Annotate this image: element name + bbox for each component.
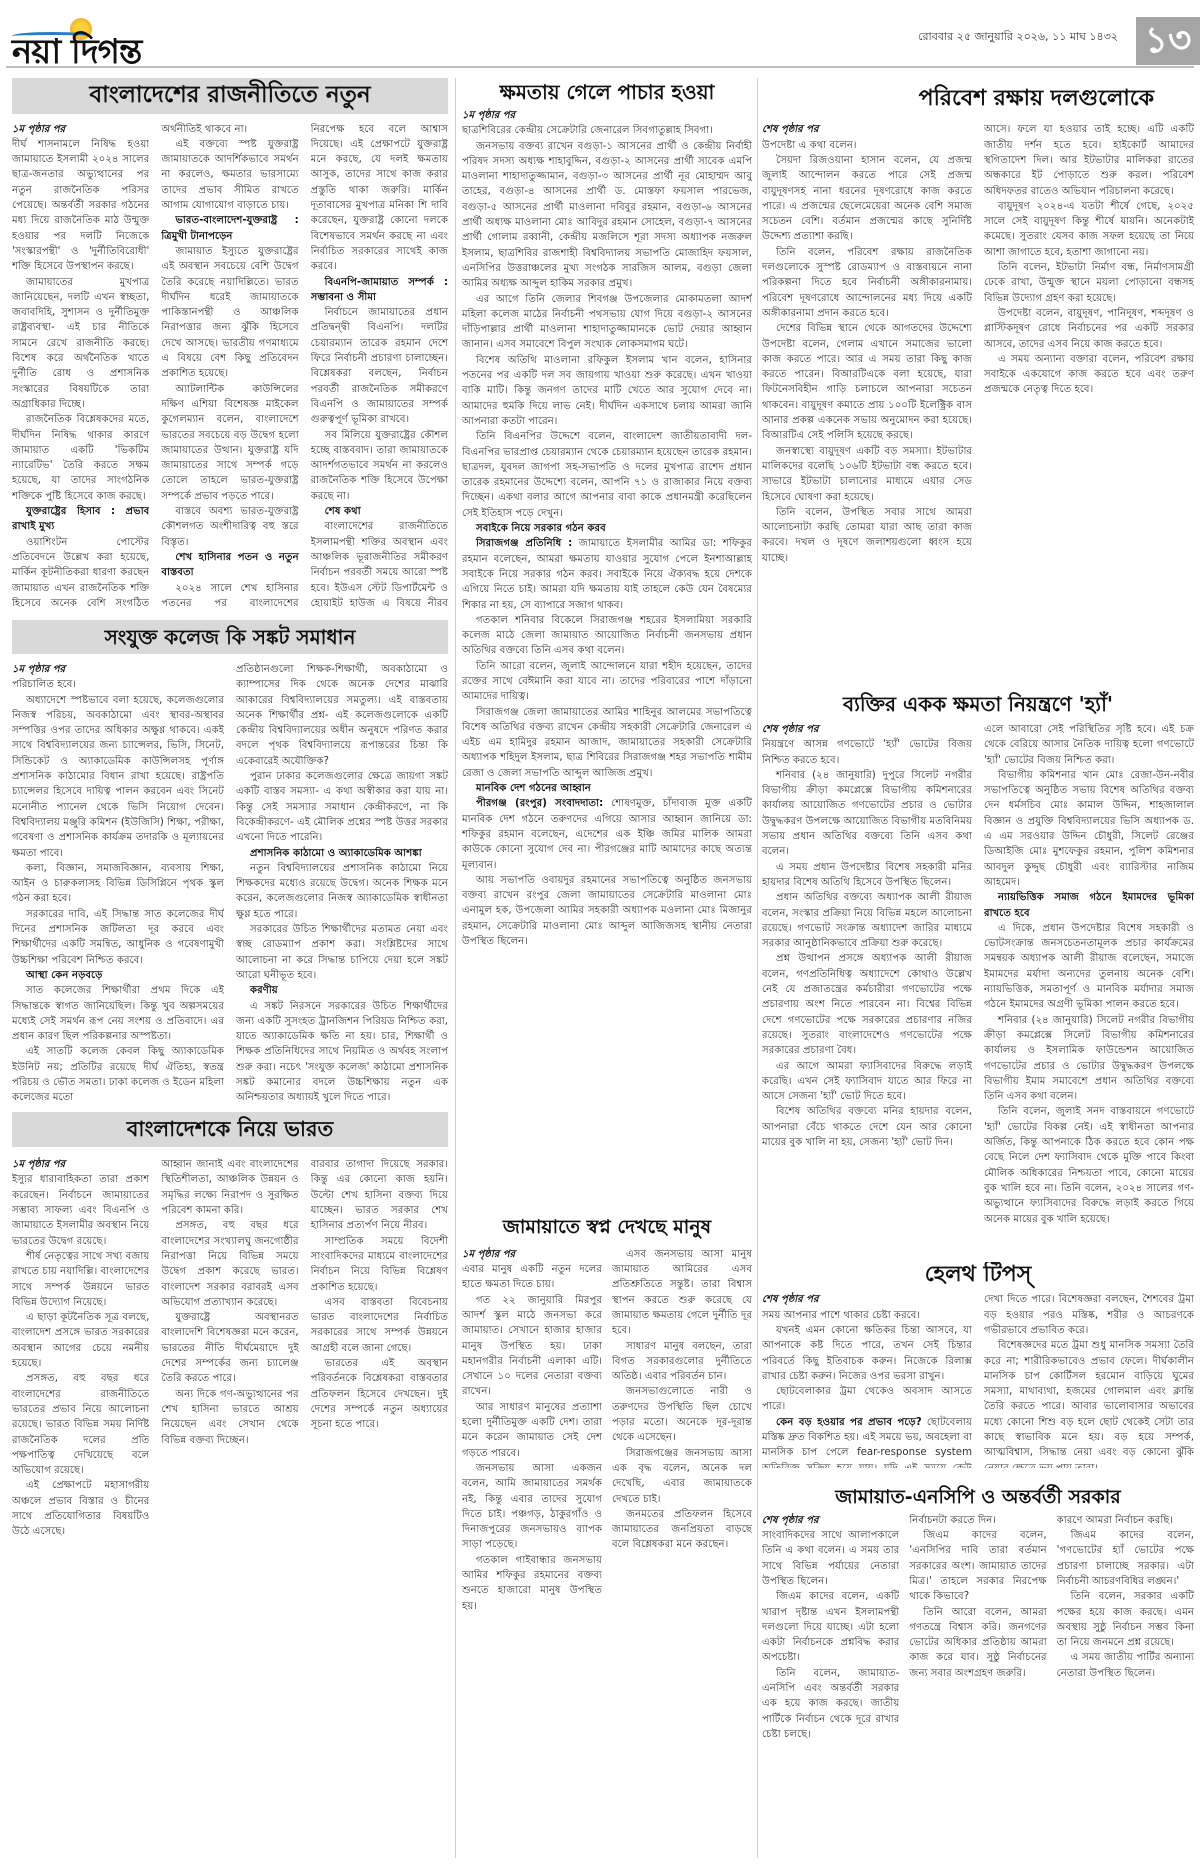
- paragraph: বিশেষজ্ঞদের মতে ট্রমা শুধু মানসিক সমস্যা…: [984, 1338, 1194, 1468]
- paragraph: জনমতের প্রতিফলন হিসেবে জামায়াতের জনপ্রি…: [612, 1507, 752, 1553]
- paragraph: জনসভাগুলোতে নারী ও তরুণদের উপস্থিতি ছিল …: [612, 1384, 752, 1445]
- byline: সিরাজগঞ্জ প্রতিনিধি :: [476, 538, 572, 549]
- paragraph: বিশেষ অতিথি মাওলানা রফিকুল ইসলাম খান বলে…: [462, 353, 752, 429]
- headline[interactable]: জামায়াত-এনসিপি ও অন্তর্বর্তী সরকার: [762, 1484, 1194, 1513]
- paragraph: উপদেষ্টা এ কথা বলেন।: [762, 138, 972, 153]
- headline[interactable]: ক্ষমতায় গেলে পাচার হওয়া: [462, 78, 752, 108]
- paragraph: জামায়াতের মুখপাত্র জানিয়েছেন, দলটি এখন…: [12, 275, 149, 413]
- paragraph: এলে আবারো সেই পরিস্থিতির সৃষ্টি হবে। এই …: [984, 722, 1194, 768]
- paragraph: প্রধান অতিথির বক্তব্যে অধ্যাপক আলী রীয়া…: [762, 890, 972, 951]
- paragraph: তিনি বিএনপির উদ্দেশে বলেন, বাংলাদেশ জাতী…: [462, 429, 752, 521]
- paragraph: ইস্যুর ধারাবাহিকতা তারা প্রকাশ করেছেন। ন…: [12, 1172, 149, 1248]
- paragraph: আর সাধারণ মানুষের প্রত্যাশা হলো দুর্নীতি…: [462, 1400, 602, 1461]
- paragraph: তিনি বলেন, জামায়াত-এনসিপি এবং অন্তর্বর্…: [762, 1666, 899, 1742]
- paragraph: সৈয়দা রিজওয়ানা হাসান বলেন, যে প্রজন্ম …: [762, 153, 972, 245]
- continuation-kicker: ১ম পৃষ্ঠার পর: [462, 1247, 602, 1262]
- paragraph: পরিচালিত হবে।: [12, 677, 224, 692]
- paragraph: জনস্বাস্থ্যে বায়ুদূষণ একটি বড় সমস্যা। …: [762, 444, 972, 505]
- paragraph: এই বক্তব্যে স্পষ্ট যুক্তরাষ্ট্র জামায়াত…: [161, 137, 298, 213]
- paragraph: জনসভায় আসা একজন বলেন, আমি জামায়াতের সম…: [462, 1461, 602, 1553]
- column-divider: [757, 78, 758, 1858]
- paragraph: এবার মানুষ একটি নতুন দলের হাতে ক্ষমতা দি…: [462, 1262, 602, 1293]
- paragraph: সাত কলেজের শিক্ষার্থীরা প্রথম দিকে এই সি…: [12, 983, 224, 1044]
- subheading: বিএনপি-জামায়াত সম্পর্ক : সম্ভাবনা ও সীম…: [311, 275, 448, 306]
- paragraph: প্রসঙ্গত, বহু বছর ধরে বাংলাদেশের সংখ্যাল…: [161, 1218, 298, 1310]
- paragraph: নির্বাচনটা করতে দিন।: [909, 1513, 1046, 1528]
- paragraph: দীর্ঘ শাসনামলে নিষিদ্ধ হওয়া জামায়াতে ই…: [12, 137, 149, 275]
- paragraph: দেশের বিভিন্ন স্থানে থেকে আগতদের উদ্দেশ্…: [762, 321, 972, 443]
- paragraph: এর আগে তিনি জেলার শিবগঞ্জ উপজেলার মোকামত…: [462, 292, 752, 353]
- article-power: ক্ষমতায় গেলে পাচার হওয়া ১ম পৃষ্ঠার পর …: [462, 78, 752, 1198]
- paragraph: কারণে আমরা নির্বাচন করছি।: [1057, 1513, 1194, 1528]
- paragraph: জিএম কাদের বলেন, 'গণভোটের হ্যাঁ ভোটের পক…: [1057, 1528, 1194, 1589]
- paragraph: ছোটবেলাকার ট্রমা থেকেও অবসাদ আসতে পারে।: [762, 1384, 972, 1415]
- paragraph: প্রতিষ্ঠানগুলো শিক্ষক-শিক্ষার্থী, অবকাঠা…: [236, 662, 448, 769]
- logo-text: নয়া দিগন্ত: [12, 34, 141, 70]
- paragraph: নিয়ন্ত্রণে আসন্ন গণভোটে 'হ্যাঁ' ভোটের ব…: [762, 737, 972, 768]
- paragraph: বিভাগীয় কমিশনার খান মোঃ রেজা-উন-নবীর সভ…: [984, 768, 1194, 890]
- paragraph: সরকারের উচিত শিক্ষার্থীদের মতামত নেয়া এ…: [236, 922, 448, 983]
- paragraph: শনিবার (২৪ জানুয়ারি) সিলেট নগরীর বিভাগী…: [984, 1013, 1194, 1105]
- paragraph: ওয়াশিংটন পোস্টের প্রতিবেদনে উল্লেখ করা …: [12, 535, 149, 608]
- subheading: ভারত-বাংলাদেশ-যুক্তরাষ্ট্র : ত্রিমুখী টা…: [161, 213, 298, 244]
- continuation-kicker: ১ম পৃষ্ঠার পর: [462, 108, 752, 123]
- subheading: শেখ হাসিনার পতন ও নতুন বাস্তবতা: [161, 550, 298, 581]
- paragraph: সাংবাদিকদের সাথে আলাপকালে তিনি এ কথা বলে…: [762, 1528, 899, 1589]
- subheading: ন্যায়ভিত্তিক সমাজ গঠনে ইমামদের ভূমিকা র…: [984, 890, 1194, 921]
- paragraph: অধ্যাদেশে স্পষ্টভাবে বলা হয়েছে, কলেজগুল…: [12, 693, 224, 861]
- page-number: ১৩: [1136, 17, 1200, 65]
- subheading: শেষ কথা: [311, 504, 448, 519]
- continuation-kicker: ১ম পৃষ্ঠার পর: [12, 1157, 149, 1172]
- headline[interactable]: সংযুক্ত কলেজ কি সঙ্কট সমাধান: [12, 620, 448, 654]
- paragraph: গতকাল গাইবান্ধার জনসভায় আমির শফিকুর রহম…: [462, 1553, 602, 1614]
- paragraph: প্রসঙ্গত, বহু বছর ধরে বাংলাদেশের রাজনীতি…: [12, 1371, 149, 1478]
- paragraph: জামায়াত ইস্যুতে যুক্তরাষ্ট্রের এই অবস্থ…: [161, 244, 298, 382]
- dateline: রোববার ২৫ জানুয়ারি ২০২৬, ১১ মাঘ ১৪৩২: [918, 28, 1118, 47]
- article-india: বাংলাদেশকে নিয়ে ভারত ১ম পৃষ্ঠার পর ইস্য…: [12, 1112, 448, 1862]
- continuation-kicker: ১ম পৃষ্ঠার পর: [12, 662, 224, 677]
- paragraph: তিনি আরো বলেন, জুলাই আন্দোলনে যারা শহীদ …: [462, 659, 752, 705]
- paragraph: তিনি আরো বলেন, আমরা গণতন্ত্রে বিশ্বাস কর…: [909, 1605, 1046, 1681]
- article-college: সংযুক্ত কলেজ কি সঙ্কট সমাধান ১ম পৃষ্ঠার …: [12, 620, 448, 1110]
- headline[interactable]: পরিবেশ রক্ষায় দলগুলোকে: [762, 78, 1194, 122]
- paragraph: সাধারণ মানুষ বলছেন, তারা বিগত সরকারগুলোর…: [612, 1339, 752, 1385]
- paragraph: এর আগে আমরা ফ্যাসিবাদের বিরুদ্ধে লড়াই ক…: [762, 1059, 972, 1105]
- paragraph: জিএম কাদের বলেন, একটি খারাপ দৃষ্টান্ত এখ…: [762, 1589, 899, 1665]
- paragraph: এ সময় অন্যান্য বক্তারা বলেন, পরিবেশ রক্…: [984, 352, 1194, 398]
- headline[interactable]: বাংলাদেশের রাজনীতিতে নতুন: [12, 78, 448, 114]
- paragraph: পুরান ঢাকার কলেজগুলোর ক্ষেত্রে জায়গা সঙ…: [236, 769, 448, 845]
- paragraph: গতকাল শনিবার বিকেলে সিরাজগঞ্জ শহরের ইসলা…: [462, 613, 752, 659]
- paragraph: সিরাজগঞ্জের জনসভায় আসা এক বৃদ্ধ বলেন, অ…: [612, 1446, 752, 1507]
- subheading: সবাইকে নিয়ে সরকার গঠন করব: [462, 521, 752, 536]
- paragraph: নতুন বিশ্ববিদ্যালয়ের প্রশাসনিক কাঠামো ন…: [236, 861, 448, 922]
- paragraph: বাংলাদেশের রাজনীতিতে ইসলামপন্থী শক্তির অ…: [311, 519, 448, 607]
- article-dream: জামায়াতে স্বপ্ন দেখছে মানুষ ১ম পৃষ্ঠার …: [462, 1210, 752, 1862]
- paragraph: তিনি বলেন, পরিবেশ রক্ষায় রাজনৈতিক দলগুল…: [762, 245, 972, 321]
- paragraph: সময় আপনার পাশে থাকার চেষ্টা করবে।: [762, 1308, 972, 1323]
- paragraph: তিনি বলেন, সরকার একটি পক্ষের হয়ে কাজ কর…: [1057, 1589, 1194, 1650]
- paragraph: উপদেষ্টা বলেন, বায়ুদূষণ, পানিদূষণ, শব্দ…: [984, 306, 1194, 352]
- continuation-kicker: শেষ পৃষ্ঠার পর: [762, 1513, 899, 1528]
- column-divider: [455, 78, 456, 1858]
- paragraph: এ ছাড়া কূটনৈতিক সূত্র বলছে, বাংলাদেশ প্…: [12, 1310, 149, 1371]
- paragraph: যখনই এমন কোনো ক্ষতিকর চিন্তা আসবে, যা আপ…: [762, 1323, 972, 1384]
- paragraph: বায়ুদূষণ ২০২৪-এ যতটা শীর্ষে গেছে, ২০২৫ …: [984, 199, 1194, 260]
- paragraph: এ সময় জাতীয় পার্টির অন্যান্য নেতারা উপ…: [1057, 1650, 1194, 1681]
- paragraph: গত ২২ জানুয়ারি মিরপুর আদর্শ স্কুল মাঠে …: [462, 1293, 602, 1400]
- paragraph: তিনি বলেন, ইটভাটা নির্মাণ বন্ধ, নির্মাণস…: [984, 260, 1194, 306]
- header-divider: [6, 66, 1194, 68]
- paragraph: এ দিকে, প্রধান উপদেষ্টার বিশেষ সহকারী ও …: [984, 921, 1194, 1013]
- subheading: যুক্তরাষ্ট্রের হিসাব : প্রভাব রাখাই মুখ্…: [12, 504, 149, 535]
- paragraph: অন্য দিকে গণ-অভ্যুত্থানের পর শেখ হাসিনা …: [161, 1387, 298, 1448]
- paragraph: এ সঙ্কট নিরসনে সরকারের উচিত শিক্ষার্থীদে…: [236, 999, 448, 1106]
- article-ncp: জামায়াত-এনসিপি ও অন্তর্বর্তী সরকার শেষ …: [762, 1484, 1194, 1862]
- byline: পীরগঞ্জ (রংপুর) সংবাদদাতা:: [476, 798, 603, 809]
- paragraph: সাম্প্রতিক সময়ে বিদেশী সাংবাদিকদের মাধ্…: [311, 1234, 448, 1295]
- paragraph: শীর্ষ নেতৃত্বের সাথে সখ্য বজায় রাখতে চা…: [12, 1249, 149, 1310]
- headline[interactable]: বাংলাদেশকে নিয়ে ভারত: [12, 1112, 448, 1147]
- paragraph: কলা, বিজ্ঞান, সমাজবিজ্ঞান, ব্যবসায় শিক্…: [12, 861, 224, 907]
- paragraph: সিরাজগঞ্জ জেলা জামায়াতের আমির শাহিনুর আ…: [462, 705, 752, 781]
- continuation-kicker: শেষ পৃষ্ঠার পর: [762, 1292, 972, 1307]
- paragraph: নির্বাচনে জামায়াতের প্রধান প্রতিদ্বন্দ্…: [311, 305, 448, 427]
- subheading: আস্থা কেন নড়বড়ে: [12, 968, 224, 983]
- paragraph: নিরপেক্ষ হবে বলে আশ্বাস দিয়েছে। এই প্রে…: [311, 122, 448, 275]
- headline[interactable]: জামায়াতে স্বপ্ন দেখছে মানুষ: [462, 1210, 752, 1247]
- paragraph: এই প্রেক্ষাপটে মহাসাগরীয় অঞ্চলে প্রভাব …: [12, 1478, 149, 1539]
- article-health: হেলথ টিপস্ শেষ পৃষ্ঠার পর সময় আপনার পাশ…: [762, 1262, 1194, 1470]
- paragraph: ২০২৪ সালে শেখ হাসিনার পতনের পর বাংলাদেশে…: [161, 581, 298, 608]
- paragraph: আসে। ফলে যা হওয়ার তাই হচ্ছে। এটি একটি জ…: [984, 122, 1194, 198]
- headline[interactable]: ব্যক্তির একক ক্ষমতা নিয়ন্ত্রণে 'হ্যাঁ': [762, 688, 1194, 722]
- paragraph: প্রশ্ন উত্থাপন প্রসঙ্গে অধ্যাপক আলী রীয়…: [762, 951, 972, 1058]
- newspaper-logo[interactable]: নয়া দিগন্ত: [12, 14, 212, 64]
- paragraph: জিএম কাদের বলেন, 'এনসিপির দাবি তারা বর্ত…: [909, 1528, 1046, 1604]
- subheading: প্রশাসনিক কাঠামো ও অ্যাকাডেমিক আশঙ্কা: [236, 846, 448, 861]
- paragraph: রাজনৈতিক বিশ্লেষকদের মতে, দীর্ঘদিন নিষিদ…: [12, 412, 149, 504]
- continuation-kicker: ১ম পৃষ্ঠার পর: [12, 122, 149, 137]
- paragraph: সরকারের দাবি, এই সিদ্ধান্ত সাত কলেজের দী…: [12, 907, 224, 968]
- paragraph: বিশেষ অতিথির বক্তব্যে মনির হায়দার বলেন,…: [762, 1104, 972, 1150]
- paragraph: ভারতের এই অবস্থান পরিবর্তনকে বিশ্লেষকরা …: [311, 1356, 448, 1432]
- paragraph: যুক্তরাষ্ট্রে অবস্থানরত বাংলাদেশি বিশেষজ…: [161, 1310, 298, 1386]
- continuation-kicker: শেষ পৃষ্ঠার পর: [762, 122, 972, 137]
- paragraph: আয় সভাপতি ওবায়দুর রহমানের সভাপতিত্বে অ…: [462, 873, 752, 949]
- continuation-kicker: শেষ পৃষ্ঠার পর: [762, 722, 972, 737]
- paragraph: অ্যাটলান্টিক কাউন্সিলের দক্ষিণ এশিয়া বি…: [161, 382, 298, 504]
- subheading: কেন বড় হওয়ার পর প্রভাব পড়ে?: [776, 1417, 922, 1428]
- headline[interactable]: হেলথ টিপস্: [762, 1262, 1194, 1292]
- paragraph: আহ্বান জানাই এবং বাংলাদেশের স্থিতিশীলতা,…: [161, 1157, 298, 1218]
- masthead: নয়া দিগন্ত রোববার ২৫ জানুয়ারি ২০২৬, ১১…: [0, 0, 1200, 66]
- paragraph: দেখা দিতে পারে। বিশেষজ্ঞরা বলছেন, শৈশবের…: [984, 1292, 1194, 1338]
- article-politics: বাংলাদেশের রাজনীতিতে নতুন ১ম পৃষ্ঠার পর …: [12, 78, 448, 608]
- paragraph: শনিবার (২৪ জানুয়ারি) দুপুরে সিলেট নগরীর…: [762, 768, 972, 860]
- paragraph: বাস্তবে অবশ্য ভারত-যুক্তরাষ্ট্র কৌশলগত অ…: [161, 504, 298, 550]
- article-environment: পরিবেশ রক্ষায় দলগুলোকে শেষ পৃষ্ঠার পর উ…: [762, 78, 1194, 678]
- paragraph: সব মিলিয়ে যুক্তরাষ্ট্রের কৌশল হচ্ছে বাস…: [311, 428, 448, 504]
- paragraph: বারবার তাগাদা দিয়েছে সরকার। কিন্তু এর ক…: [311, 1157, 448, 1233]
- paragraph: তিনি বলেন, জুলাই সনদ বাস্তবায়নে গণভোটে …: [984, 1104, 1194, 1226]
- paragraph: এ সময় প্রধান উপদেষ্টার বিশেষ সহকারী মনি…: [762, 860, 972, 891]
- paragraph: এসব বাস্তবতা বিবেচনায় ভারত বাংলাদেশের ন…: [311, 1295, 448, 1356]
- subheading: করণীয়: [236, 983, 448, 998]
- subheading: মানবিক দেশ গঠনের আহ্বান: [462, 781, 752, 796]
- paragraph: ছাত্রশিবিরের কেন্দ্রীয় সেক্রেটারি জেনার…: [462, 123, 752, 138]
- paragraph: তিনি বলেন, উপস্থিত সবার সাথে আমরা আলোচনা…: [762, 505, 972, 566]
- paragraph: জনসভায় বক্তব্য রাখেন বগুড়া-১ আসনের প্র…: [462, 139, 752, 292]
- paragraph: এই সাতটি কলেজ কেবল কিছু অ্যাকাডেমিক ইউনি…: [12, 1044, 224, 1105]
- paragraph: এসব জনসভায় আসা মানুষ জামায়াত আমিরের এস…: [612, 1247, 752, 1339]
- article-referendum: ব্যক্তির একক ক্ষমতা নিয়ন্ত্রণে 'হ্যাঁ' …: [762, 688, 1194, 1248]
- paragraph: অর্থনীতিই থাকবে না।: [161, 122, 298, 137]
